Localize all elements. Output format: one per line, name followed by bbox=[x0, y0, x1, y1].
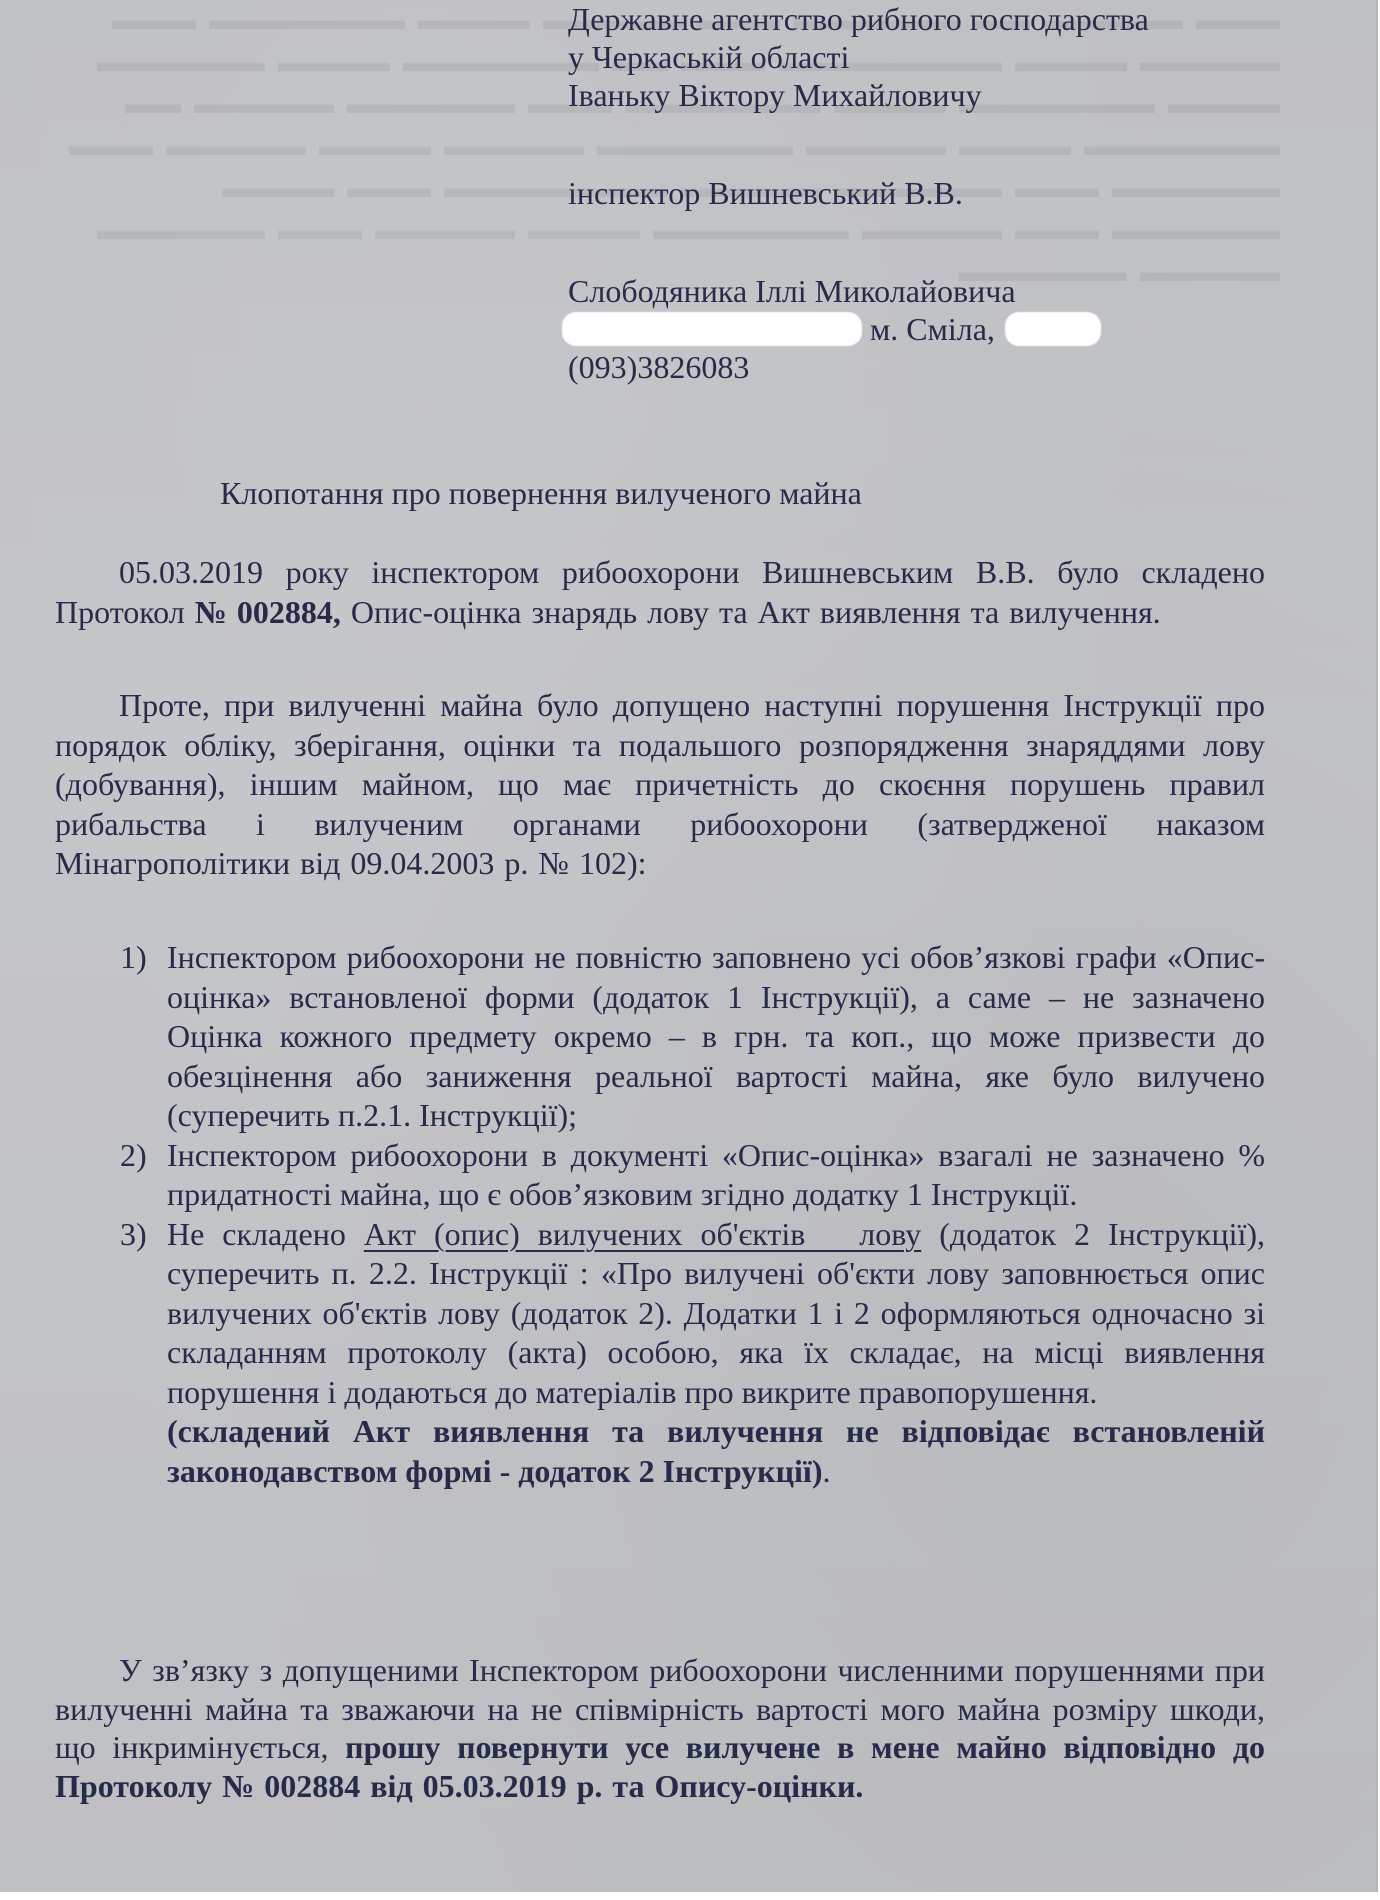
bold-note-period: . bbox=[822, 1453, 830, 1489]
redacted-postal-code bbox=[1005, 312, 1101, 346]
sender-city: м. Сміла, bbox=[870, 311, 995, 347]
paragraph-request: У зв’язку з допущеними Інспектором рибоо… bbox=[55, 1651, 1265, 1805]
violation-item-2: 2) Інспектором рибоохорони в документі «… bbox=[120, 1136, 1265, 1215]
document-page: ▬▬▬ ▬▬▬▬▬ ▬▬ ▬▬▬▬▬▬ ▬▬▬ ▬▬▬▬▬ ▬▬▬▬ ▬▬▬▬▬… bbox=[0, 0, 1378, 1892]
violation-item-3: 3) Не складено Акт (опис) вилучених об'є… bbox=[120, 1215, 1265, 1492]
violation-number: 3) bbox=[120, 1215, 147, 1255]
paragraph-protocol-text-end: Опис-оцінка знарядь лову та Акт виявленн… bbox=[341, 594, 1161, 630]
sender-address: м. Сміла, bbox=[568, 310, 1348, 348]
protocol-number: № 002884, bbox=[195, 594, 341, 630]
bold-note-text: (складений Акт виявлення та вилучення не… bbox=[167, 1413, 1265, 1489]
violation-bold-note: (складений Акт виявлення та вилучення не… bbox=[167, 1412, 1265, 1491]
recipient-org-line-2: у Черкаській області bbox=[568, 38, 1348, 76]
addressee-block: Державне агентство рибного господарства … bbox=[568, 0, 1348, 386]
violation-item-1: 1) Інспектором рибоохорони не повністю з… bbox=[120, 938, 1265, 1136]
sender-name: Слободяника Іллі Миколайовича bbox=[568, 272, 1348, 310]
document-title: Клопотання про повернення вилученого май… bbox=[220, 474, 862, 512]
recipient-person: Іваньку Віктору Михайловичу bbox=[568, 76, 1348, 114]
paragraph-violations-intro: Проте, при вилученні майна було допущено… bbox=[55, 686, 1265, 884]
redacted-street-address bbox=[562, 312, 862, 346]
inspector-name: інспектор Вишневський В.В. bbox=[568, 174, 1348, 212]
sender-phone: (093)3826083 bbox=[568, 348, 1348, 386]
violation-number: 2) bbox=[120, 1136, 147, 1176]
underlined-act-reference: Акт (опис) вилучених об'єктів лову bbox=[364, 1216, 921, 1252]
violation-number: 1) bbox=[120, 938, 147, 978]
recipient-org-line-1: Державне агентство рибного господарства bbox=[568, 0, 1348, 38]
paragraph-protocol: 05.03.2019 року інспектором рибоохорони … bbox=[55, 553, 1265, 632]
violations-list: 1) Інспектором рибоохорони не повністю з… bbox=[120, 938, 1265, 1491]
violation-text: Не складено bbox=[167, 1216, 364, 1252]
violation-text: Інспектором рибоохорони не повністю запо… bbox=[167, 939, 1265, 1133]
violation-text: Інспектором рибоохорони в документі «Опи… bbox=[167, 1137, 1265, 1213]
